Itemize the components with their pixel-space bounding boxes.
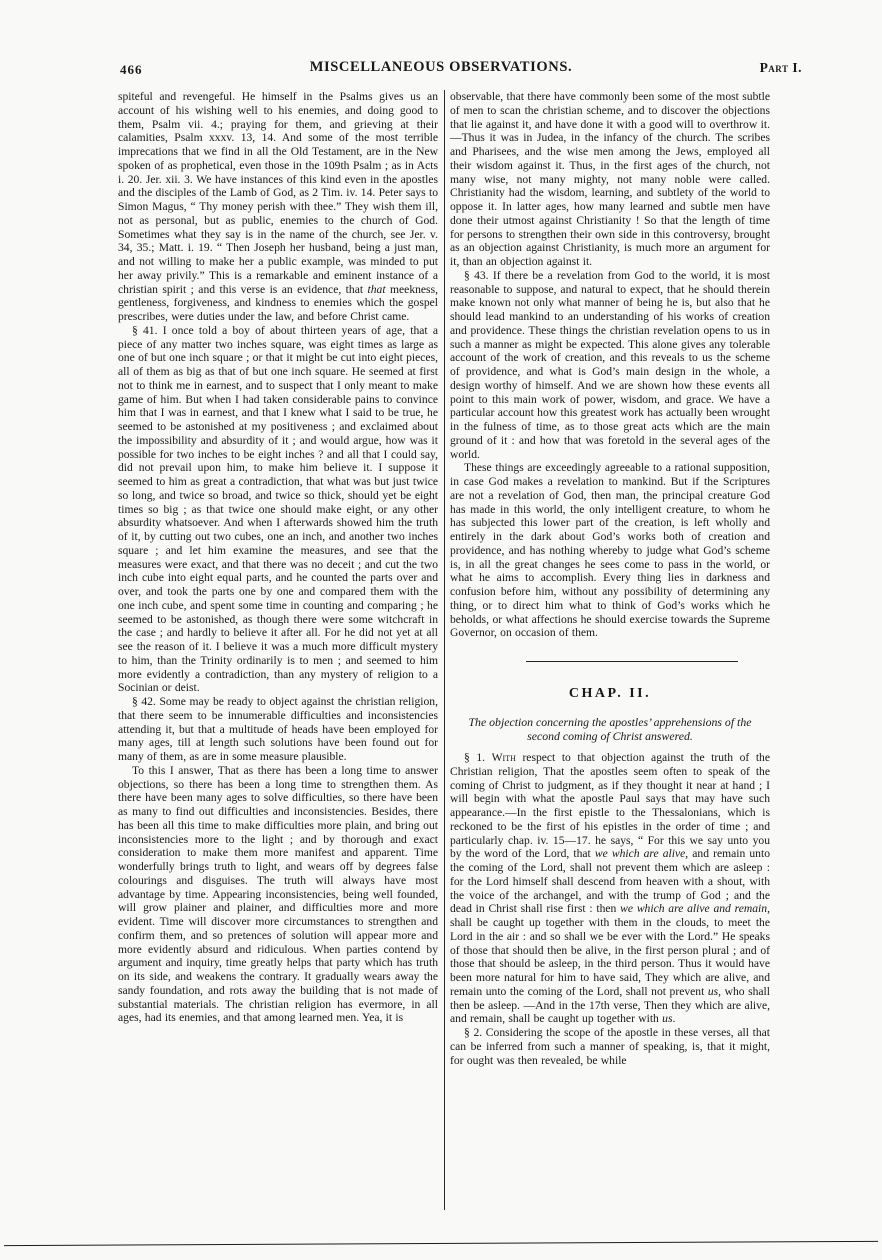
paragraph: § 1. With respect to that objection agai…: [450, 751, 770, 1026]
paragraph: § 42. Some may be ready to object agains…: [118, 695, 438, 764]
paragraph: § 43. If there be a revelation from God …: [450, 269, 770, 462]
book-page: 466 MISCELLANEOUS OBSERVATIONS. Part I. …: [0, 0, 882, 1260]
text-columns: spiteful and revengeful. He himself in t…: [118, 90, 770, 1210]
page-bottom-rule: [4, 1241, 878, 1246]
paragraph: spiteful and revengeful. He himself in t…: [118, 90, 438, 324]
paragraph: § 2. Considering the scope of the apostl…: [450, 1026, 770, 1067]
paragraph: These things are exceedingly agreeable t…: [450, 461, 770, 640]
right-column: observable, that there have commonly bee…: [450, 90, 770, 1210]
part-label: Part I.: [760, 60, 802, 76]
paragraph: observable, that there have commonly bee…: [450, 90, 770, 269]
left-column: spiteful and revengeful. He himself in t…: [118, 90, 438, 1210]
right-column-after-chapter: § 1. With respect to that objection agai…: [450, 751, 770, 1067]
chapter-subtitle: The objection concerning the apostles’ a…: [452, 715, 768, 743]
chapter-heading: CHAP. II.: [450, 686, 770, 702]
paragraph: § 41. I once told a boy of about thirtee…: [118, 324, 438, 695]
paragraph: To this I answer, That as there has been…: [118, 764, 438, 1025]
chapter-separator-rule: [526, 661, 738, 662]
running-title: MISCELLANEOUS OBSERVATIONS.: [0, 59, 882, 76]
column-divider-rule: [444, 90, 445, 1210]
